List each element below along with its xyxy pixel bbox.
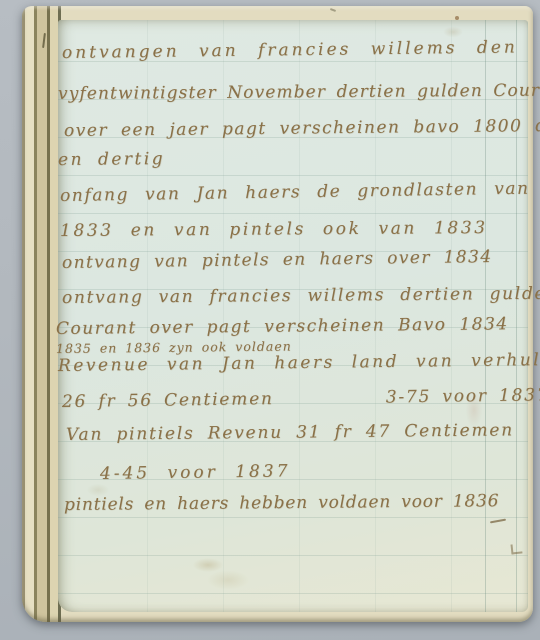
manuscript-line-2: vyfentwintigster November dertien gulden… — [58, 80, 540, 105]
manuscript-line-5: onfang van Jan haers de grondlasten van — [60, 179, 530, 208]
manuscript-line-7: ontvang van pintels en haers over 1834 — [62, 247, 493, 274]
manuscript-line-6: 1833 en van pintels ook van 1833 — [60, 218, 488, 242]
manuscript-line-12: 26 fr 56 Centiemen 3-75 voor 1837 — [62, 385, 540, 413]
manuscript-line-14: 4-45 voor 1837 — [100, 461, 291, 485]
manuscript-line-8: ontvang van francies willems dertien gul… — [62, 284, 540, 310]
manuscript-line-1: ontvangen van francies willems den — [62, 37, 518, 64]
manuscript-line-4: en dertig — [58, 149, 165, 171]
manuscript-line-3: over een jaer pagt verscheinen bavo 1800… — [64, 116, 540, 143]
manuscript-line-15: pintiels en haers hebben voldaen voor 18… — [64, 491, 500, 516]
scanned-notebook-page: ontvangen van francies willems den vyfen… — [0, 0, 540, 640]
manuscript-line-9: Courant over pagt verscheinen Bavo 1834 — [56, 314, 509, 340]
handwriting-layer: ontvangen van francies willems den vyfen… — [0, 0, 540, 640]
manuscript-line-13: Van pintiels Revenu 31 fr 47 Centiemen — [66, 420, 514, 446]
